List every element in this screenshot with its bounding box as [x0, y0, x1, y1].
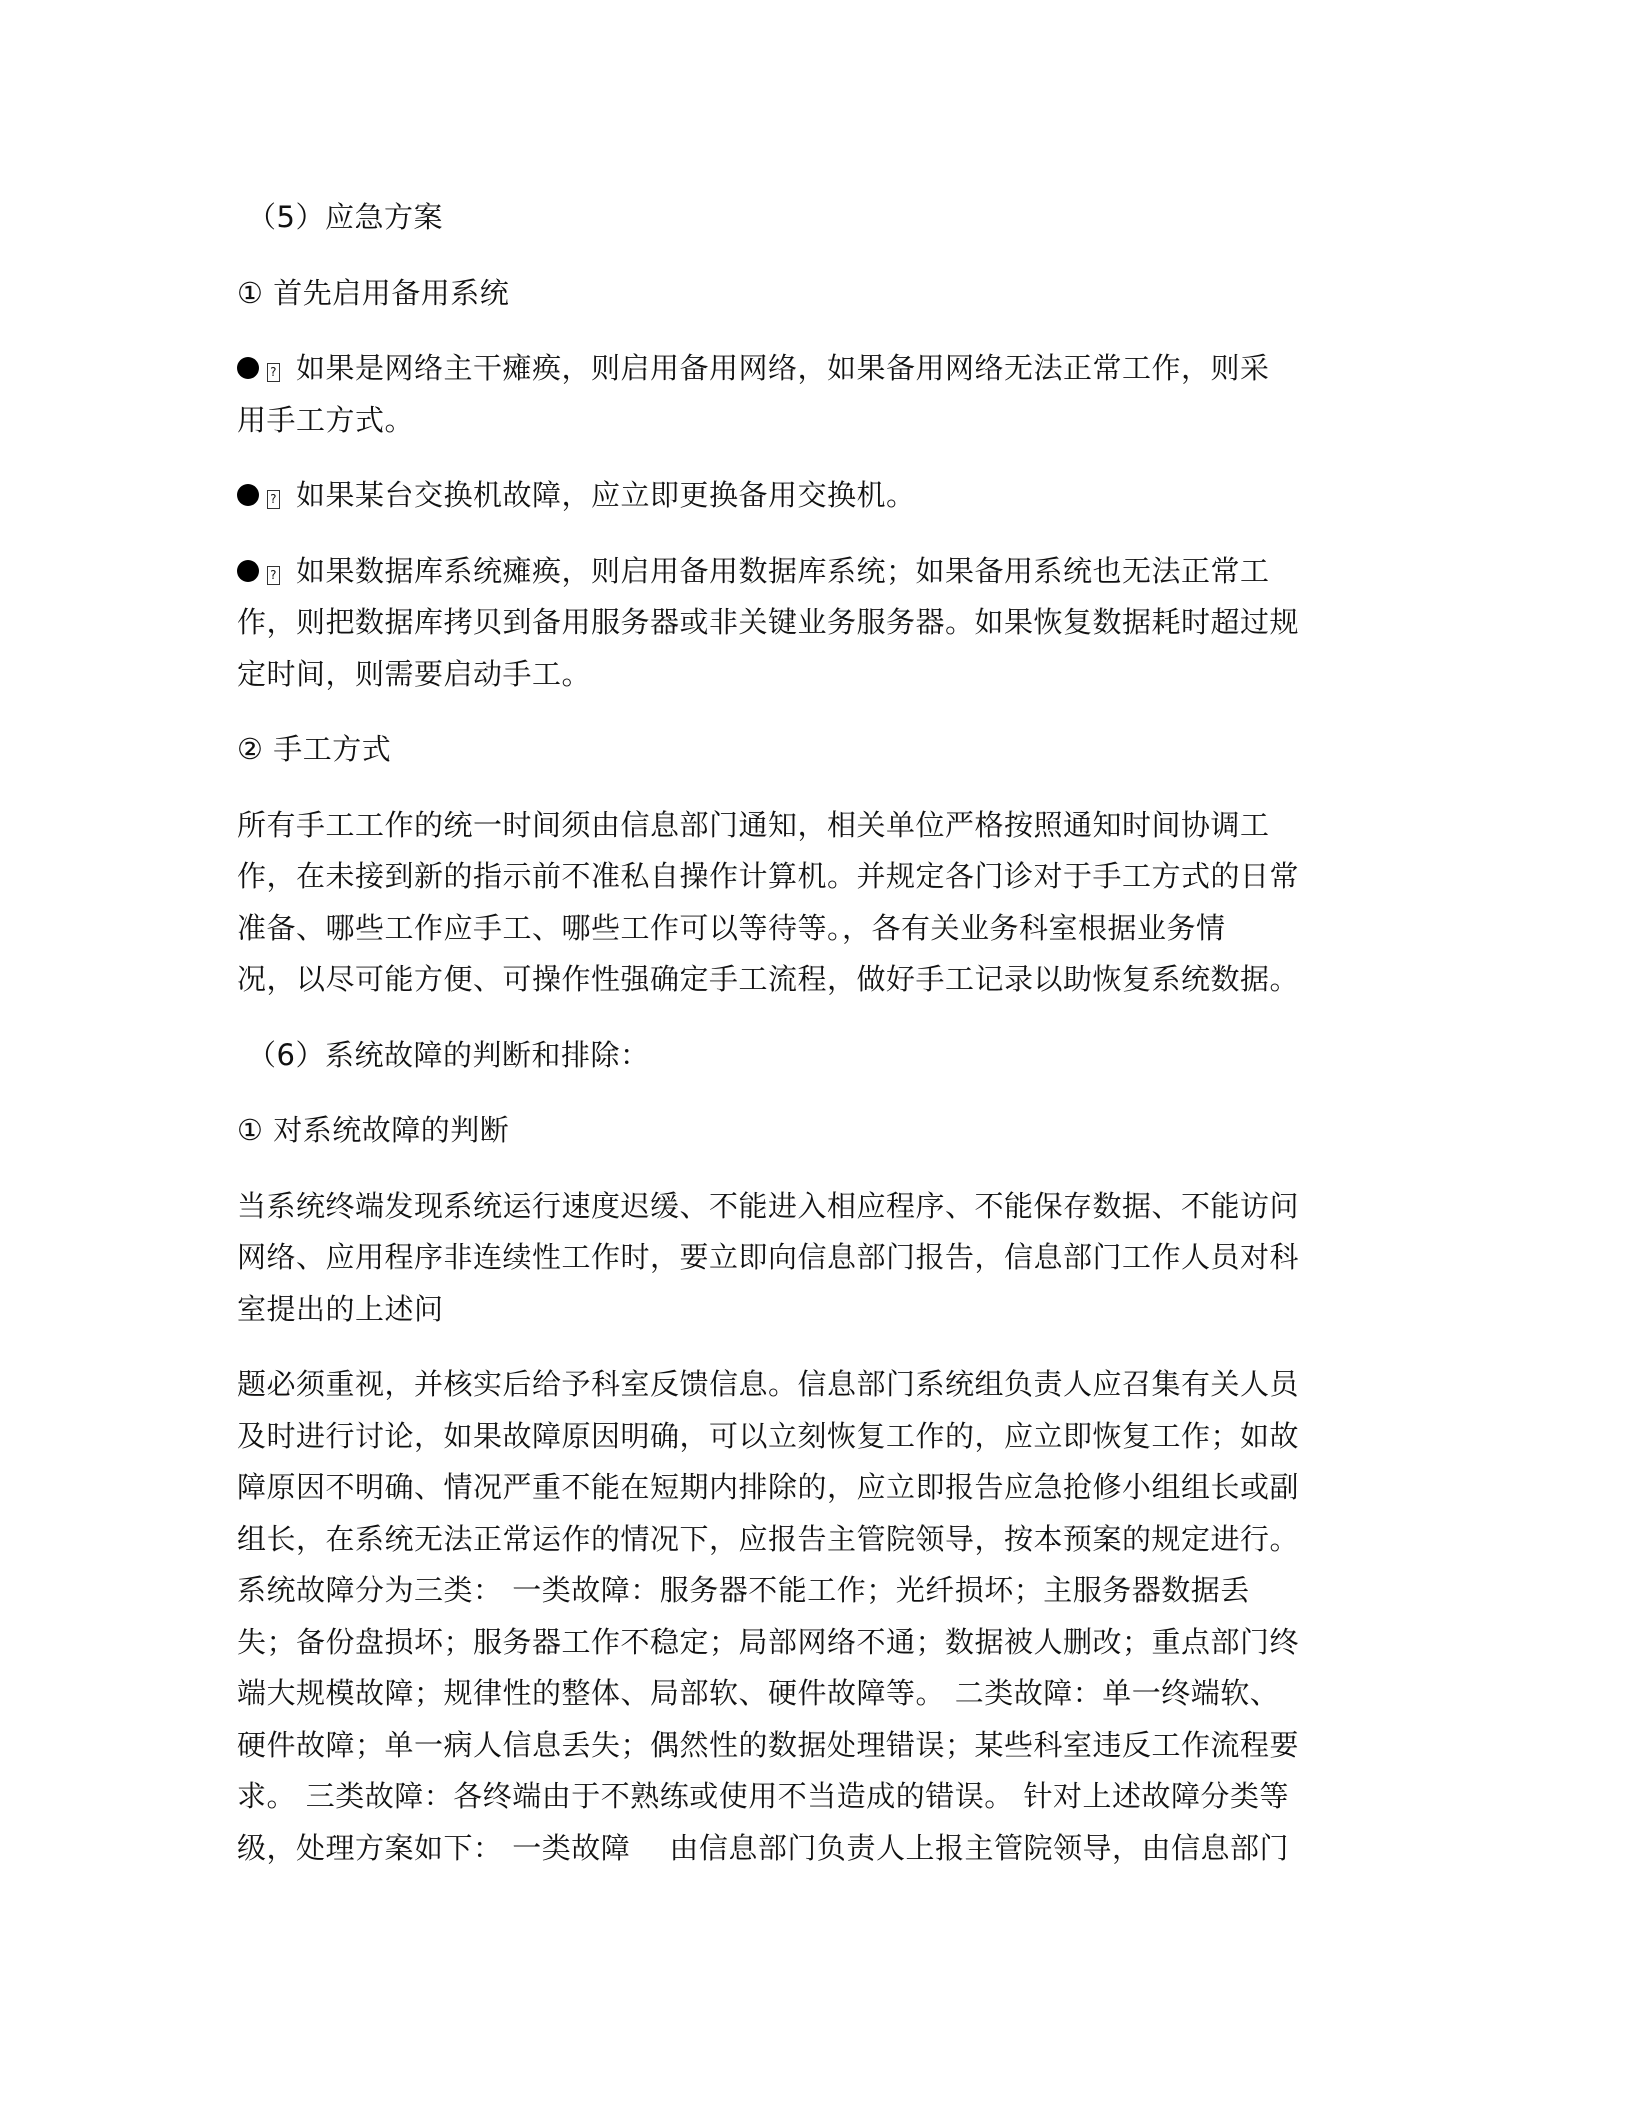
- text-line: 系统故障分为三类： 一类故障：服务器不能工作；光纤损坏；主服务器数据丢: [237, 1565, 1397, 1617]
- bullet-text: 如果某台交换机故障，应立即更换备用交换机。: [296, 478, 916, 512]
- text-line: 室提出的上述问: [237, 1284, 1397, 1336]
- text-line: 所有手工工作的统一时间须由信息部门通知，相关单位严格按照通知时间协调工: [237, 800, 1397, 852]
- subheading-enable-backup: ① 首先启用备用系统: [237, 268, 1397, 320]
- text-line: 障原因不明确、情况严重不能在短期内排除的，应立即报告应急抢修小组组长或副: [237, 1462, 1397, 1514]
- bullet-icon: [237, 357, 259, 379]
- text-line: 及时进行讨论，如果故障原因明确，可以立刻恢复工作的，应立即恢复工作；如故: [237, 1411, 1397, 1463]
- document-page: （5）应急方案 ① 首先启用备用系统 ?如果是网络主干瘫痪，则启用备用网络，如果…: [237, 192, 1397, 1874]
- text-line: 硬件故障；单一病人信息丢失；偶然性的数据处理错误；某些科室违反工作流程要: [237, 1720, 1397, 1772]
- text-line: 当系统终端发现系统运行速度迟缓、不能进入相应程序、不能保存数据、不能访问: [237, 1181, 1397, 1233]
- bullet-item-database: ?如果数据库系统瘫痪，则启用备用数据库系统；如果备用系统也无法正常工 作，则把数…: [237, 546, 1397, 701]
- text-line: 失；备份盘损坏；服务器工作不稳定；局部网络不通；数据被人删改；重点部门终: [237, 1617, 1397, 1669]
- subheading-manual-mode: ② 手工方式: [237, 724, 1397, 776]
- missing-glyph-icon: ?: [267, 363, 280, 382]
- missing-glyph-icon: ?: [267, 566, 280, 585]
- text-line: ② 手工方式: [237, 724, 1397, 776]
- text-line: 题必须重视，并核实后给予科室反馈信息。信息部门系统组负责人应召集有关人员: [237, 1359, 1397, 1411]
- text-line: （5）应急方案: [247, 192, 1397, 244]
- text-line: ① 对系统故障的判断: [237, 1105, 1397, 1157]
- bullet-text: 如果数据库系统瘫痪，则启用备用数据库系统；如果备用系统也无法正常工: [296, 554, 1270, 588]
- text-line: 组长，在系统无法正常运作的情况下，应报告主管院领导，按本预案的规定进行。: [237, 1514, 1397, 1566]
- text-line: ?如果某台交换机故障，应立即更换备用交换机。: [237, 470, 1397, 522]
- text-line: 级，处理方案如下： 一类故障 由信息部门负责人上报主管院领导，由信息部门: [237, 1823, 1397, 1875]
- text-line: 端大规模故障；规律性的整体、局部软、硬件故障等。 二类故障：单一终端软、: [237, 1668, 1397, 1720]
- bullet-text: 如果是网络主干瘫痪，则启用备用网络，如果备用网络无法正常工作，则采: [296, 351, 1270, 385]
- section-heading-5: （5）应急方案: [237, 192, 1397, 244]
- text-line: 定时间，则需要启动手工。: [237, 649, 1397, 701]
- text-line: 作，则把数据库拷贝到备用服务器或非关键业务服务器。如果恢复数据耗时超过规: [237, 597, 1397, 649]
- text-line: ?如果数据库系统瘫痪，则启用备用数据库系统；如果备用系统也无法正常工: [237, 546, 1397, 598]
- bullet-icon: [237, 484, 259, 506]
- paragraph-manual-work: 所有手工工作的统一时间须由信息部门通知，相关单位严格按照通知时间协调工 作，在未…: [237, 800, 1397, 1006]
- text-line: 况，以尽可能方便、可操作性强确定手工流程，做好手工记录以助恢复系统数据。: [237, 954, 1397, 1006]
- text-line: 求。 三类故障：各终端由于不熟练或使用不当造成的错误。 针对上述故障分类等: [237, 1771, 1397, 1823]
- text-line: 网络、应用程序非连续性工作时，要立即向信息部门报告，信息部门工作人员对科: [237, 1232, 1397, 1284]
- subheading-fault-judgement: ① 对系统故障的判断: [237, 1105, 1397, 1157]
- text-line: 准备、哪些工作应手工、哪些工作可以等待等。，各有关业务科室根据业务情: [237, 903, 1397, 955]
- section-heading-6: （6）系统故障的判断和排除：: [237, 1030, 1397, 1082]
- text-line: ?如果是网络主干瘫痪，则启用备用网络，如果备用网络无法正常工作，则采: [237, 343, 1397, 395]
- text-line: 用手工方式。: [237, 395, 1397, 447]
- text-line: （6）系统故障的判断和排除：: [247, 1030, 1397, 1082]
- paragraph-fault-report: 当系统终端发现系统运行速度迟缓、不能进入相应程序、不能保存数据、不能访问 网络、…: [237, 1181, 1397, 1336]
- bullet-icon: [237, 560, 259, 582]
- paragraph-fault-classification: 题必须重视，并核实后给予科室反馈信息。信息部门系统组负责人应召集有关人员 及时进…: [237, 1359, 1397, 1874]
- missing-glyph-icon: ?: [267, 490, 280, 509]
- bullet-item-switch: ?如果某台交换机故障，应立即更换备用交换机。: [237, 470, 1397, 522]
- text-line: ① 首先启用备用系统: [237, 268, 1397, 320]
- text-line: 作，在未接到新的指示前不准私自操作计算机。并规定各门诊对于手工方式的日常: [237, 851, 1397, 903]
- bullet-item-network: ?如果是网络主干瘫痪，则启用备用网络，如果备用网络无法正常工作，则采 用手工方式…: [237, 343, 1397, 446]
